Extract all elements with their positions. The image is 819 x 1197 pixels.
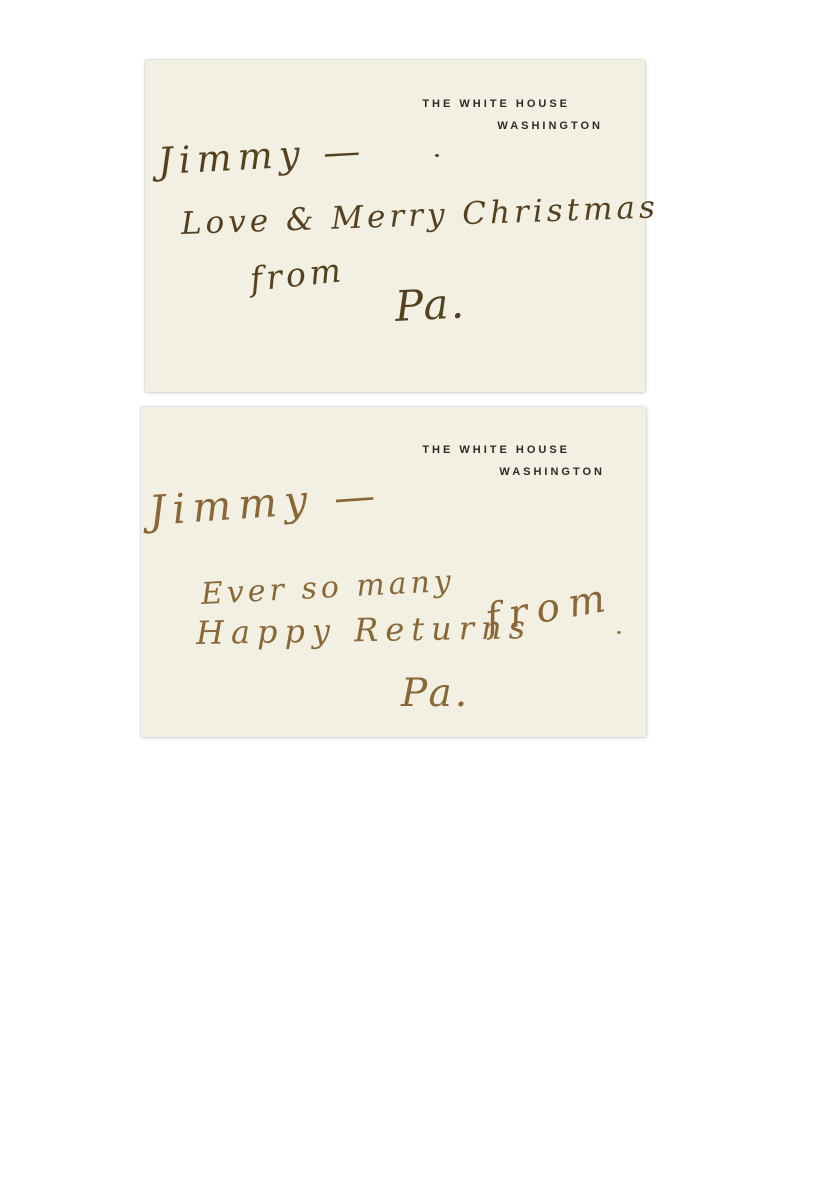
- letterhead-the-white-house: THE WHITE HOUSE: [422, 444, 570, 456]
- handwriting-signature: Pa.: [401, 671, 470, 716]
- handwriting-signature: Pa.: [394, 278, 467, 331]
- letterhead-washington: WASHINGTON: [497, 120, 603, 132]
- scan-page: THE WHITE HOUSE WASHINGTON Jimmy — Love …: [0, 0, 819, 1197]
- handwriting-greeting-line-2: Happy Returns: [196, 608, 533, 652]
- letterhead-the-white-house: THE WHITE HOUSE: [422, 98, 570, 110]
- note-card-christmas: THE WHITE HOUSE WASHINGTON Jimmy — Love …: [145, 60, 645, 392]
- handwriting-salutation: Jimmy —: [157, 129, 367, 183]
- handwriting-salutation: Jimmy —: [147, 471, 383, 535]
- ink-speck: [435, 154, 439, 157]
- handwriting-from: from: [482, 575, 617, 642]
- ink-speck: [617, 631, 621, 634]
- handwriting-from: from: [248, 250, 347, 299]
- note-card-birthday: THE WHITE HOUSE WASHINGTON Jimmy — Ever …: [141, 407, 646, 737]
- handwriting-greeting-line-1: Ever so many: [200, 564, 456, 612]
- letterhead-washington: WASHINGTON: [499, 466, 605, 478]
- handwriting-greeting-line: Love & Merry Christmas: [180, 189, 659, 242]
